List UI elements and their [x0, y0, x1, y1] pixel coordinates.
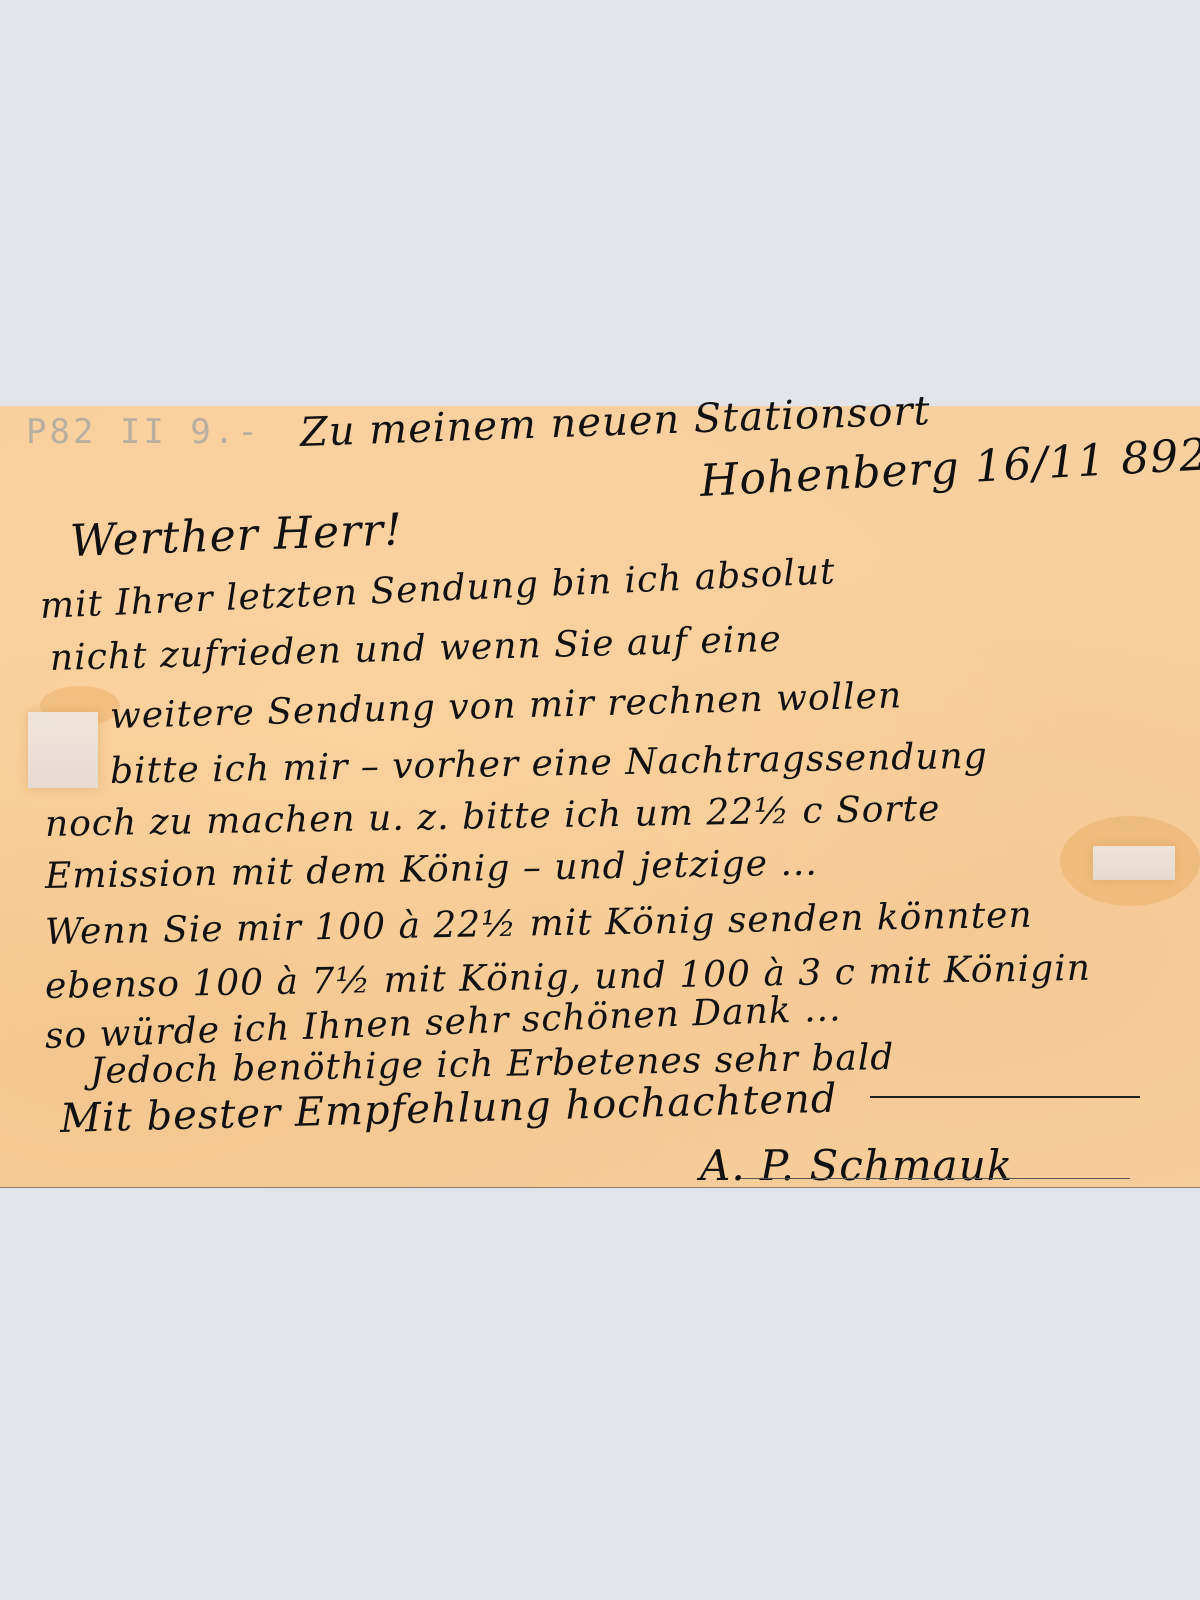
signature-flourish: [740, 1178, 1130, 1179]
body-line-5: noch zu machen u. z. bitte ich um 22½ c …: [45, 788, 941, 845]
body-line-7: Wenn Sie mir 100 à 22½ mit König senden …: [45, 895, 1033, 953]
place-date: Hohenberg 16/11 892: [699, 429, 1200, 507]
postcard: P82 II 9.- Zu meinem neuen Stationsort H…: [0, 406, 1200, 1188]
body-line-2: nicht zufrieden und wenn Sie auf eine: [49, 619, 782, 679]
tape-piece-right: [1093, 846, 1175, 880]
archive-mark: P82 II 9.-: [26, 412, 261, 452]
signature: A. P. Schmauk: [700, 1141, 1013, 1190]
tape-piece-left: [28, 712, 98, 788]
body-line-4: bitte ich mir – vorher eine Nachtragssen…: [110, 736, 988, 792]
body-line-3: weitere Sendung von mir rechnen wollen: [109, 675, 902, 737]
heading-line: Zu meinem neuen Stationsort: [299, 388, 931, 456]
body-line-6: Emission mit dem König – und jetzige ...: [45, 843, 818, 897]
underline-sehr-bald: [870, 1096, 1140, 1098]
salutation: Werther Herr!: [69, 504, 404, 567]
